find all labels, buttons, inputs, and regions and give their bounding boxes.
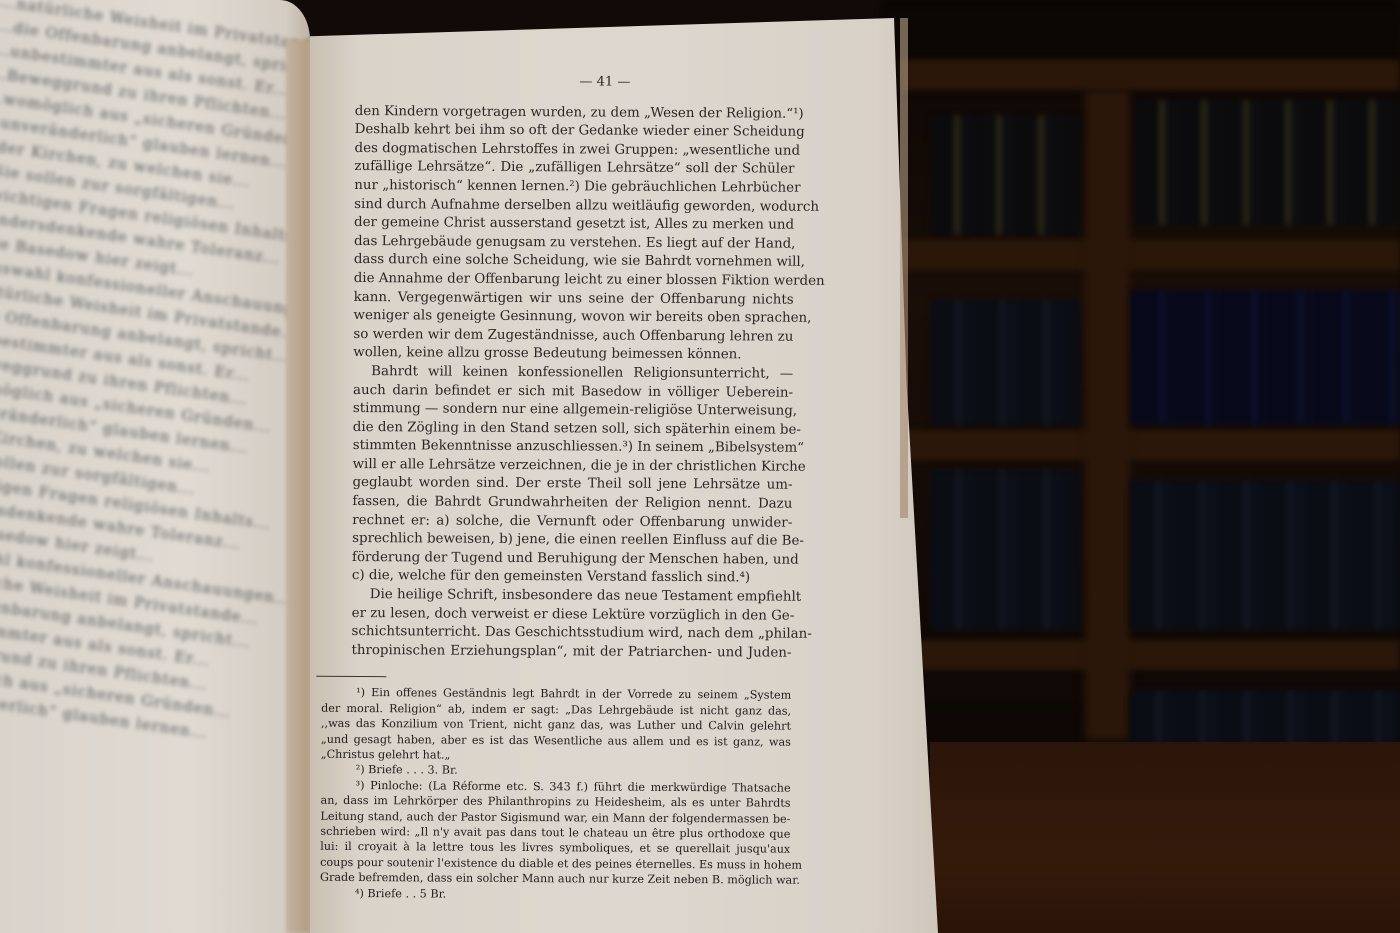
shelf-plank [900, 430, 1400, 460]
book-spines [1135, 100, 1400, 225]
book-spines [1130, 480, 1400, 630]
book-spines [930, 470, 1080, 630]
text-line: die Annahme der Offenbarung leicht zu ei… [354, 270, 794, 291]
text-line: stimmung — sondern nur eine allgemein-re… [353, 400, 793, 421]
wooden-table [930, 742, 1400, 933]
book-spines [1130, 290, 1400, 425]
text-line: Die heilige Schrift, insbesondere das ne… [352, 586, 792, 607]
page-edge [900, 18, 908, 518]
shelf-plank [900, 60, 1400, 90]
book-spines [930, 115, 1080, 235]
shelf-plank [900, 640, 1400, 670]
text-line: schichtsunterricht. Das Geschichtsstudiu… [352, 623, 792, 644]
body-text: den Kindern vorgetragen wurden, zu dem „… [351, 103, 794, 663]
text-line: weniger als geneigte Gesinnung, wovon wi… [353, 307, 793, 328]
shelf-plank [900, 240, 1400, 270]
text-line: sprechlich beweisen, b) jene, die einen … [352, 530, 792, 551]
text-line: thropinischen Erziehungsplan“, mit der P… [351, 642, 791, 663]
left-page-text: ...natürliche Weisheit im Privatstande..… [0, 0, 299, 744]
text-line: der gemeine Christ ausserstand gesetzt i… [354, 214, 794, 235]
text-line: Bahrdt will keinen konfessionellen Relig… [353, 363, 793, 384]
shelf-post [1085, 90, 1130, 740]
left-page: ...natürliche Weisheit im Privatstande..… [0, 0, 310, 933]
text-line: Deshalb kehrt bei ihm so oft der Gedanke… [355, 121, 795, 142]
footnote-line: ⁴) Briefe . . 5 Br. [320, 885, 790, 903]
page-number: — 41 — [355, 72, 795, 93]
text-line: nur „historisch“ kennen lernen.²) Die ge… [354, 177, 794, 198]
text-line: stimmten Bekenntnisse anzuschliessen.³) … [353, 437, 793, 458]
book-spines [930, 300, 1080, 425]
right-page-text: — 41 — den Kindern vorgetragen wurden, z… [350, 72, 795, 904]
footnotes: ¹) Ein offenes Geständnis legt Bahrdt in… [320, 685, 791, 904]
text-line: fassen, die Bahrdt Grundwahrheiten der R… [352, 493, 792, 514]
